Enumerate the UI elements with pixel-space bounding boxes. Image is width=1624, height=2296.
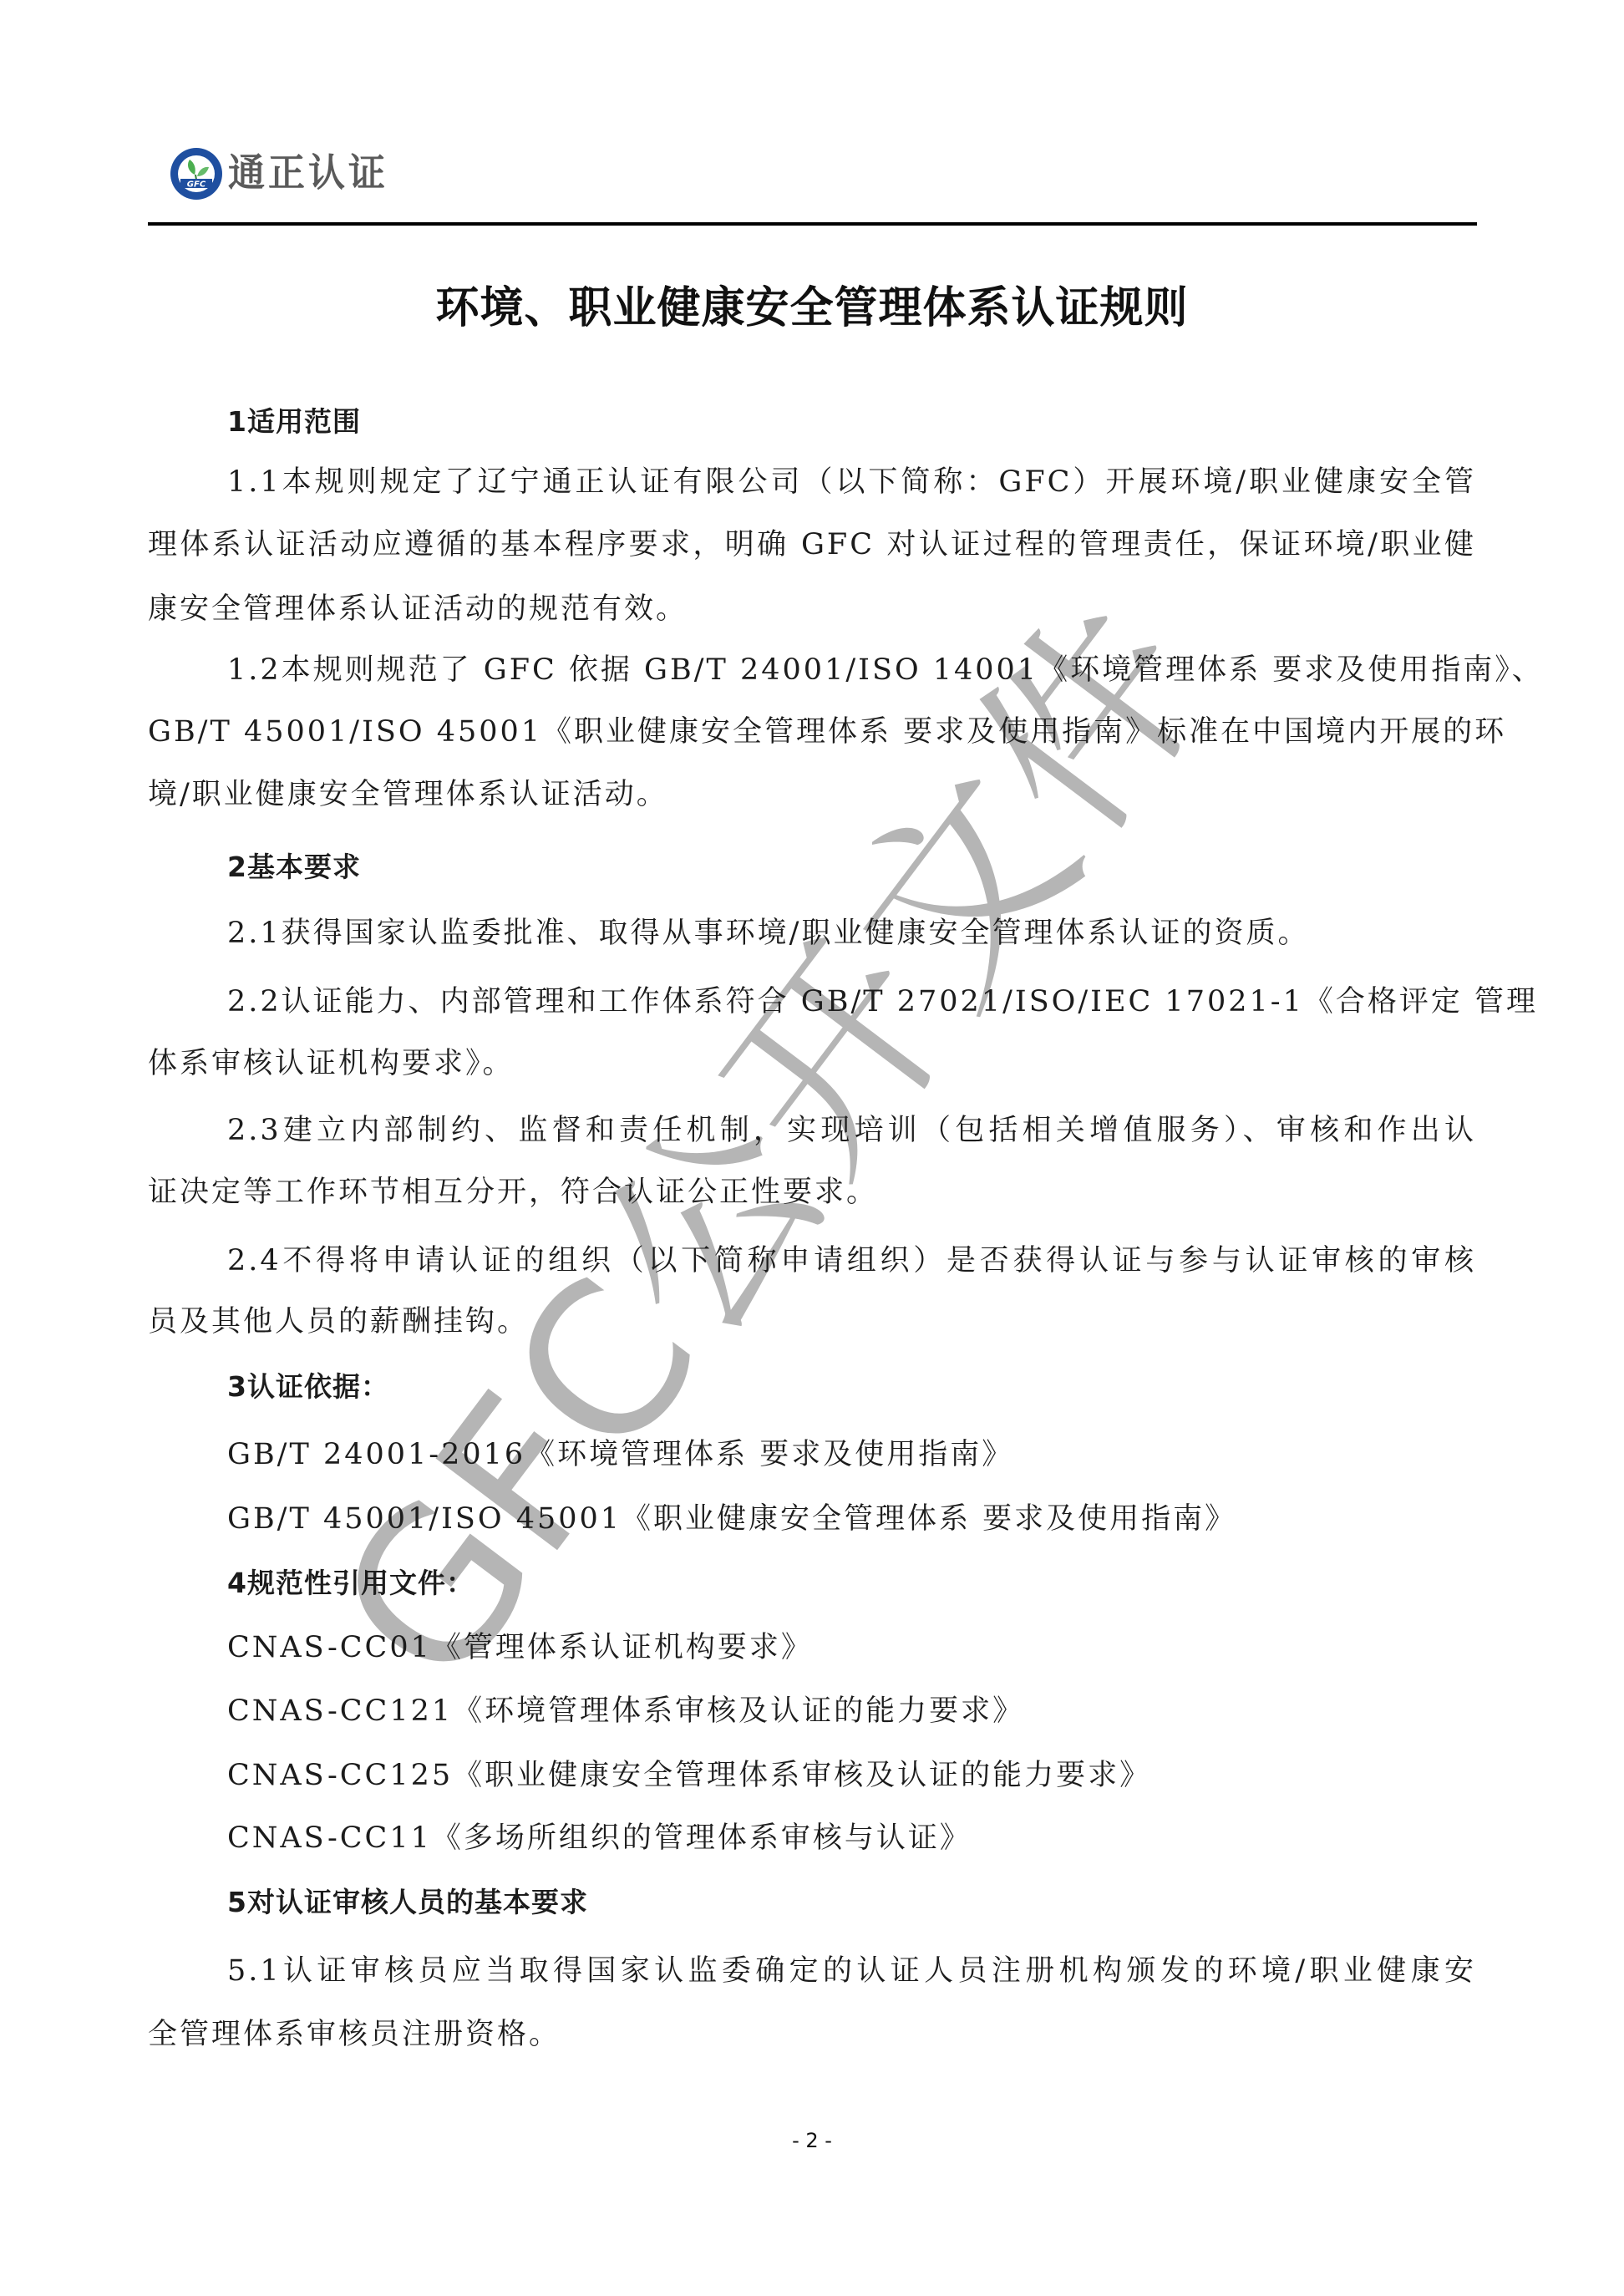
section-heading-4: 4规范性引用文件： [227,1565,475,1602]
paragraph-2-4-line-1: 2.4不得将申请认证的组织（以下简称申请组织）是否获得认证与参与认证审核的审核 [227,1242,1476,1279]
header-divider [148,222,1477,226]
logo-wordmark: 通正认证 [228,155,388,193]
company-logo: GFC 通正认证 [170,146,388,201]
paragraph-1-2-line-3: 境/职业健康安全管理体系认证活动。 [148,776,668,813]
paragraph-1-2-line-1: 1.2本规则规范了 GFC 依据 GB/T 24001/ISO 14001《环境… [227,652,1476,688]
paragraph-2-1-line-1: 2.1获得国家认监委批准、取得从事环境/职业健康安全管理体系认证的资质。 [227,915,1309,952]
svg-text:GFC: GFC [187,180,206,190]
paragraph-5-1-line-1: 5.1认证审核员应当取得国家认监委确定的认证人员注册机构颁发的环境/职业健康安 [227,1953,1476,1989]
paragraph-2-3-line-2: 证决定等工作环节相互分开，符合认证公正性要求。 [148,1174,878,1211]
reference-standard-2: GB/T 45001/ISO 45001《职业健康安全管理体系 要求及使用指南》 [227,1501,1236,1537]
normative-reference-1: CNAS-CC01《管理体系认证机构要求》 [227,1629,813,1666]
gfc-badge-icon: GFC [170,146,223,201]
section-heading-5: 5对认证审核人员的基本要求 [227,1884,588,1921]
page-number: - 2 - [0,2129,1624,2152]
section-heading-3: 3认证依据： [227,1369,389,1405]
paragraph-2-2-line-2: 体系审核认证机构要求》。 [148,1045,515,1082]
paragraph-2-3-line-1: 2.3建立内部制约、监督和责任机制，实现培训（包括相关增值服务）、审核和作出认 [227,1112,1476,1149]
section-heading-1: 1适用范围 [227,404,361,440]
paragraph-1-1-line-3: 康安全管理体系认证活动的规范有效。 [148,591,688,627]
paragraph-5-1-line-2: 全管理体系审核员注册资格。 [148,2016,561,2053]
paragraph-2-2-line-1: 2.2认证能力、内部管理和工作体系符合 GB/T 27021/ISO/IEC 1… [227,983,1476,1020]
document-title: 环境、职业健康安全管理体系认证规则 [0,282,1624,335]
normative-reference-3: CNAS-CC125《职业健康安全管理体系审核及认证的能力要求》 [227,1757,1151,1794]
document-page: GFC 通正认证 GFC公开文件 环境、职业健康安全管理体系认证规则 1适用范围… [0,0,1624,2296]
reference-standard-1: GB/T 24001-2016《环境管理体系 要求及使用指南》 [227,1436,1013,1473]
paragraph-1-1-line-2: 理体系认证活动应遵循的基本程序要求，明确 GFC 对认证过程的管理责任，保证环境… [148,526,1476,563]
paragraph-1-2-line-2: GB/T 45001/ISO 45001《职业健康安全管理体系 要求及使用指南》… [148,714,1476,750]
paragraph-2-4-line-2: 员及其他人员的薪酬挂钩。 [148,1303,529,1340]
normative-reference-4: CNAS-CC11《多场所组织的管理体系审核与认证》 [227,1820,972,1857]
paragraph-1-1-line-1: 1.1本规则规定了辽宁通正认证有限公司（以下简称：GFC）开展环境/职业健康安全… [227,464,1476,500]
normative-reference-2: CNAS-CC121《环境管理体系审核及认证的能力要求》 [227,1693,1024,1730]
section-heading-2: 2基本要求 [227,849,361,886]
